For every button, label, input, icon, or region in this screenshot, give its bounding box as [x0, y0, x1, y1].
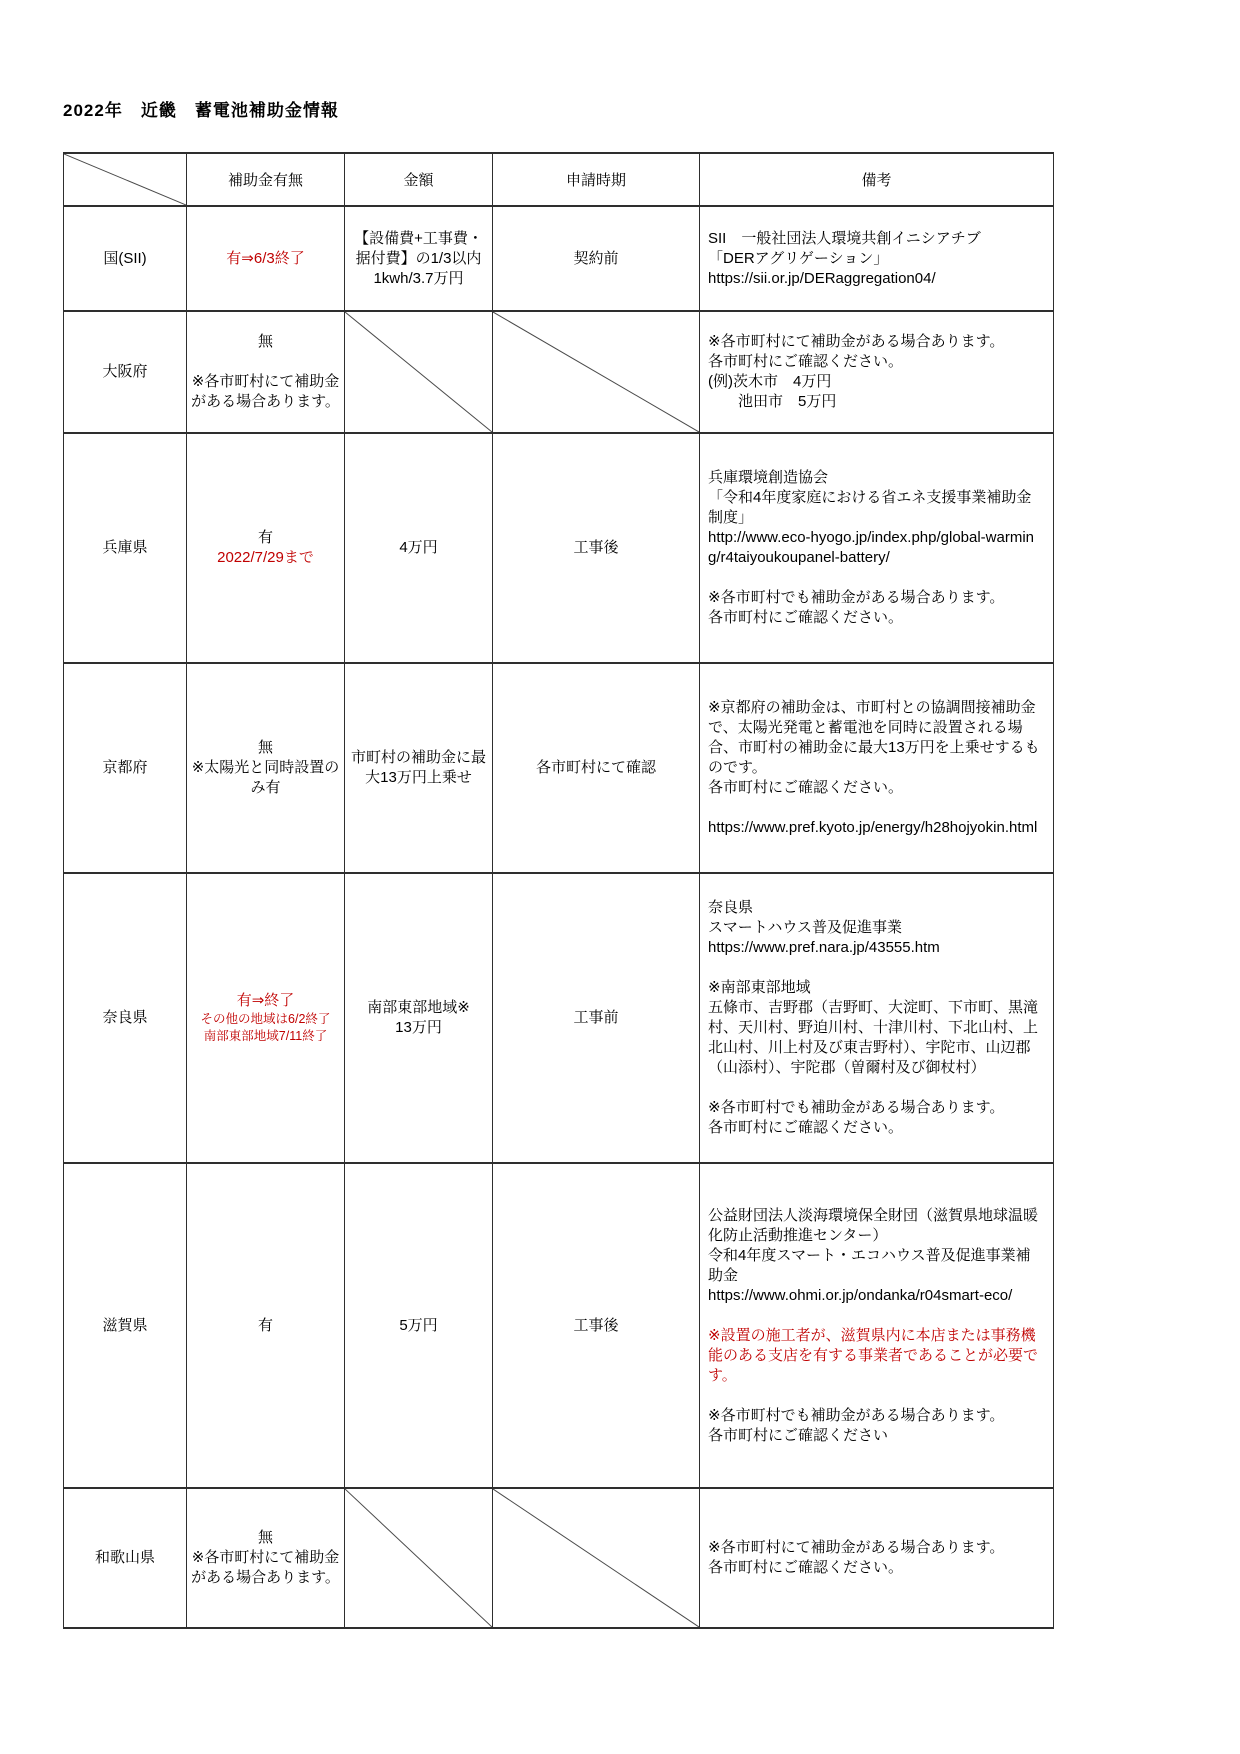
availability-text: 無 [190, 332, 341, 352]
remarks-text: ※各市町村にて補助金がある場合あります。 [708, 1538, 1045, 1558]
availability-text: 有⇒終了 [190, 991, 341, 1011]
diagonal-line [345, 1489, 492, 1627]
cell-availability: 有 [187, 1163, 345, 1488]
diagonal-line [493, 312, 699, 432]
prefecture-label: 兵庫県 [67, 538, 183, 558]
remarks-text: 各市町村にご確認ください。 [708, 352, 1045, 372]
availability-text: 有⇒6/3終了 [190, 249, 341, 269]
remarks-text: 令和4年度スマート・エコハウス普及促進事業補助金 [708, 1246, 1045, 1286]
column-header-availability: 補助金有無 [187, 153, 345, 206]
remarks-text: スマートハウス普及促進事業 [708, 918, 1045, 938]
timing-text: 工事後 [496, 538, 696, 558]
row-header-prefecture: 国(SII) [64, 206, 187, 311]
cell-amount: 4万円 [345, 433, 493, 663]
spacer-line [708, 798, 1045, 818]
availability-note: ※各市町村にて補助金がある場合あります。 [190, 372, 341, 412]
amount-text: 市町村の補助金に最大13万円上乗せ [348, 748, 489, 788]
table-row-hyogo: 兵庫県 有 2022/7/29まで 4万円 工事後 兵庫環境創造協会 「令和4年… [64, 433, 1054, 663]
cell-timing: 工事前 [493, 873, 700, 1163]
table-row-osaka: 大阪府 無 ※各市町村にて補助金がある場合あります。 ※各市町村にて補助金がある… [64, 311, 1054, 433]
cell-availability: 有⇒終了 その他の地域は6/2終了 南部東部地域7/11終了 [187, 873, 345, 1163]
remarks-text: ※南部東部地域 [708, 978, 1045, 998]
url-text: https://www.pref.kyoto.jp/energy/h28hojy… [708, 818, 1045, 838]
amount-text: 4万円 [348, 538, 489, 558]
diagonal-line [493, 1489, 699, 1627]
page-title: 2022年 近畿 蓄電池補助金情報 [63, 96, 1190, 121]
timing-text: 契約前 [496, 249, 696, 269]
availability-note: ※太陽光と同時設置のみ有 [190, 758, 341, 798]
cell-remarks: ※各市町村にて補助金がある場合あります。 各市町村にご確認ください。 [700, 1488, 1054, 1628]
column-header-amount: 金額 [345, 153, 493, 206]
header-row: 補助金有無 金額 申請時期 備考 [64, 153, 1054, 206]
corner-cell [64, 153, 187, 206]
row-header-prefecture: 兵庫県 [64, 433, 187, 663]
url-text: http://www.eco-hyogo.jp/index.php/global… [708, 528, 1045, 568]
availability-text: 有 [190, 528, 341, 548]
cell-remarks: SII 一般社団法人環境共創イニシアチブ 「DERアグリゲーション」 https… [700, 206, 1054, 311]
cell-timing: 工事後 [493, 1163, 700, 1488]
timing-text: 各市町村にて確認 [496, 758, 696, 778]
remarks-text: (例)茨木市 4万円 [708, 372, 1045, 392]
remarks-text: 各市町村にご確認ください [708, 1426, 1045, 1446]
prefecture-label: 滋賀県 [67, 1316, 183, 1336]
cell-amount: 【設備費+工事費・据付費】の1/3以内 1kwh/3.7万円 [345, 206, 493, 311]
cell-availability: 無 ※各市町村にて補助金がある場合あります。 [187, 311, 345, 433]
prefecture-label: 国(SII) [67, 249, 183, 269]
remarks-text: 各市町村にご確認ください。 [708, 1558, 1045, 1578]
remarks-text: 池田市 5万円 [708, 392, 1045, 412]
cell-remarks: ※京都府の補助金は、市町村との協調間接補助金で、太陽光発電と蓄電池を同時に設置さ… [700, 663, 1054, 873]
row-header-prefecture: 大阪府 [64, 311, 187, 433]
availability-deadline: 2022/7/29まで [190, 548, 341, 568]
cell-availability: 有⇒6/3終了 [187, 206, 345, 311]
remarks-text: 兵庫環境創造協会 [708, 468, 1045, 488]
spacer-line [190, 352, 341, 372]
cell-amount-crossed [345, 311, 493, 433]
cell-amount: 南部東部地域※ 13万円 [345, 873, 493, 1163]
document-page: 2022年 近畿 蓄電池補助金情報 補助金有無 金額 申請時期 備考 国(SII… [0, 0, 1240, 1629]
cell-timing: 工事後 [493, 433, 700, 663]
remarks-text: ※京都府の補助金は、市町村との協調間接補助金で、太陽光発電と蓄電池を同時に設置さ… [708, 698, 1045, 778]
remarks-text: 公益財団法人淡海環境保全財団（滋賀県地球温暖化防止活動推進センター） [708, 1206, 1045, 1246]
amount-text: 1kwh/3.7万円 [348, 269, 489, 289]
table-row-shiga: 滋賀県 有 5万円 工事後 公益財団法人淡海環境保全財団（滋賀県地球温暖化防止活… [64, 1163, 1054, 1488]
spacer-line [708, 568, 1045, 588]
cell-timing: 契約前 [493, 206, 700, 311]
row-header-prefecture: 和歌山県 [64, 1488, 187, 1628]
cell-amount: 市町村の補助金に最大13万円上乗せ [345, 663, 493, 873]
availability-deadline: その他の地域は6/2終了 [190, 1011, 341, 1028]
remarks-text: 「DERアグリゲーション」 [708, 249, 1045, 269]
remarks-text: 各市町村にご確認ください。 [708, 778, 1045, 798]
cell-timing-crossed [493, 1488, 700, 1628]
remarks-text: ※各市町村でも補助金がある場合あります。 [708, 1098, 1045, 1118]
cell-timing: 各市町村にて確認 [493, 663, 700, 873]
row-header-prefecture: 滋賀県 [64, 1163, 187, 1488]
remarks-text: 奈良県 [708, 898, 1045, 918]
table-row-nara: 奈良県 有⇒終了 その他の地域は6/2終了 南部東部地域7/11終了 南部東部地… [64, 873, 1054, 1163]
table-row-kyoto: 京都府 無 ※太陽光と同時設置のみ有 市町村の補助金に最大13万円上乗せ 各市町… [64, 663, 1054, 873]
spacer-line [708, 1386, 1045, 1406]
remarks-text: 五條市、吉野郡（吉野町、大淀町、下市町、黒滝村、天川村、野迫川村、十津川村、下北… [708, 998, 1045, 1078]
cell-availability: 無 ※各市町村にて補助金がある場合あります。 [187, 1488, 345, 1628]
availability-note: ※各市町村にて補助金がある場合あります。 [190, 1548, 341, 1588]
cell-remarks: ※各市町村にて補助金がある場合あります。 各市町村にご確認ください。 (例)茨木… [700, 311, 1054, 433]
amount-text: 5万円 [348, 1316, 489, 1336]
table-row-national-sii: 国(SII) 有⇒6/3終了 【設備費+工事費・据付費】の1/3以内 1kwh/… [64, 206, 1054, 311]
spacer-line [708, 1306, 1045, 1326]
remarks-text: ※各市町村にて補助金がある場合あります。 [708, 332, 1045, 352]
row-header-prefecture: 京都府 [64, 663, 187, 873]
availability-text: 無 [190, 738, 341, 758]
availability-deadline: 南部東部地域7/11終了 [190, 1028, 341, 1045]
column-header-remarks: 備考 [700, 153, 1054, 206]
diagonal-line [64, 154, 186, 205]
cell-remarks: 兵庫環境創造協会 「令和4年度家庭における省エネ支援事業補助金制度」 http:… [700, 433, 1054, 663]
availability-text: 有 [190, 1316, 341, 1336]
cell-amount-crossed [345, 1488, 493, 1628]
cell-availability: 有 2022/7/29まで [187, 433, 345, 663]
cell-amount: 5万円 [345, 1163, 493, 1488]
spacer-line [708, 958, 1045, 978]
remarks-text: ※各市町村でも補助金がある場合あります。 [708, 588, 1045, 608]
remarks-text: 各市町村にご確認ください。 [708, 1118, 1045, 1138]
cell-timing-crossed [493, 311, 700, 433]
remarks-text: 「令和4年度家庭における省エネ支援事業補助金制度」 [708, 488, 1045, 528]
timing-text: 工事前 [496, 1008, 696, 1028]
availability-text: 無 [190, 1528, 341, 1548]
subsidy-table: 補助金有無 金額 申請時期 備考 国(SII) 有⇒6/3終了 【設備費+工事費… [63, 152, 1054, 1629]
prefecture-label: 大阪府 [67, 362, 183, 382]
amount-text: 13万円 [348, 1018, 489, 1038]
prefecture-label: 京都府 [67, 758, 183, 778]
table-row-wakayama: 和歌山県 無 ※各市町村にて補助金がある場合あります。 ※各市町村にて補助金があ… [64, 1488, 1054, 1628]
url-text: https://www.ohmi.or.jp/ondanka/r04smart-… [708, 1286, 1045, 1306]
timing-text: 工事後 [496, 1316, 696, 1336]
url-text: https://sii.or.jp/DERaggregation04/ [708, 269, 1045, 289]
diagonal-line [345, 312, 492, 432]
prefecture-label: 和歌山県 [67, 1548, 183, 1568]
remarks-text: SII 一般社団法人環境共創イニシアチブ [708, 229, 1045, 249]
spacer-line [708, 1078, 1045, 1098]
cell-availability: 無 ※太陽光と同時設置のみ有 [187, 663, 345, 873]
prefecture-label: 奈良県 [67, 1008, 183, 1028]
remarks-text: ※各市町村でも補助金がある場合あります。 [708, 1406, 1045, 1426]
cell-remarks: 公益財団法人淡海環境保全財団（滋賀県地球温暖化防止活動推進センター） 令和4年度… [700, 1163, 1054, 1488]
remarks-warning-text: ※設置の施工者が、滋賀県内に本店または事務機能のある支店を有する事業者であること… [708, 1326, 1045, 1386]
amount-text: 【設備費+工事費・据付費】の1/3以内 [348, 229, 489, 269]
cell-remarks: 奈良県 スマートハウス普及促進事業 https://www.pref.nara.… [700, 873, 1054, 1163]
remarks-text: 各市町村にご確認ください。 [708, 608, 1045, 628]
url-text: https://www.pref.nara.jp/43555.htm [708, 938, 1045, 958]
row-header-prefecture: 奈良県 [64, 873, 187, 1163]
column-header-timing: 申請時期 [493, 153, 700, 206]
amount-text: 南部東部地域※ [348, 998, 489, 1018]
